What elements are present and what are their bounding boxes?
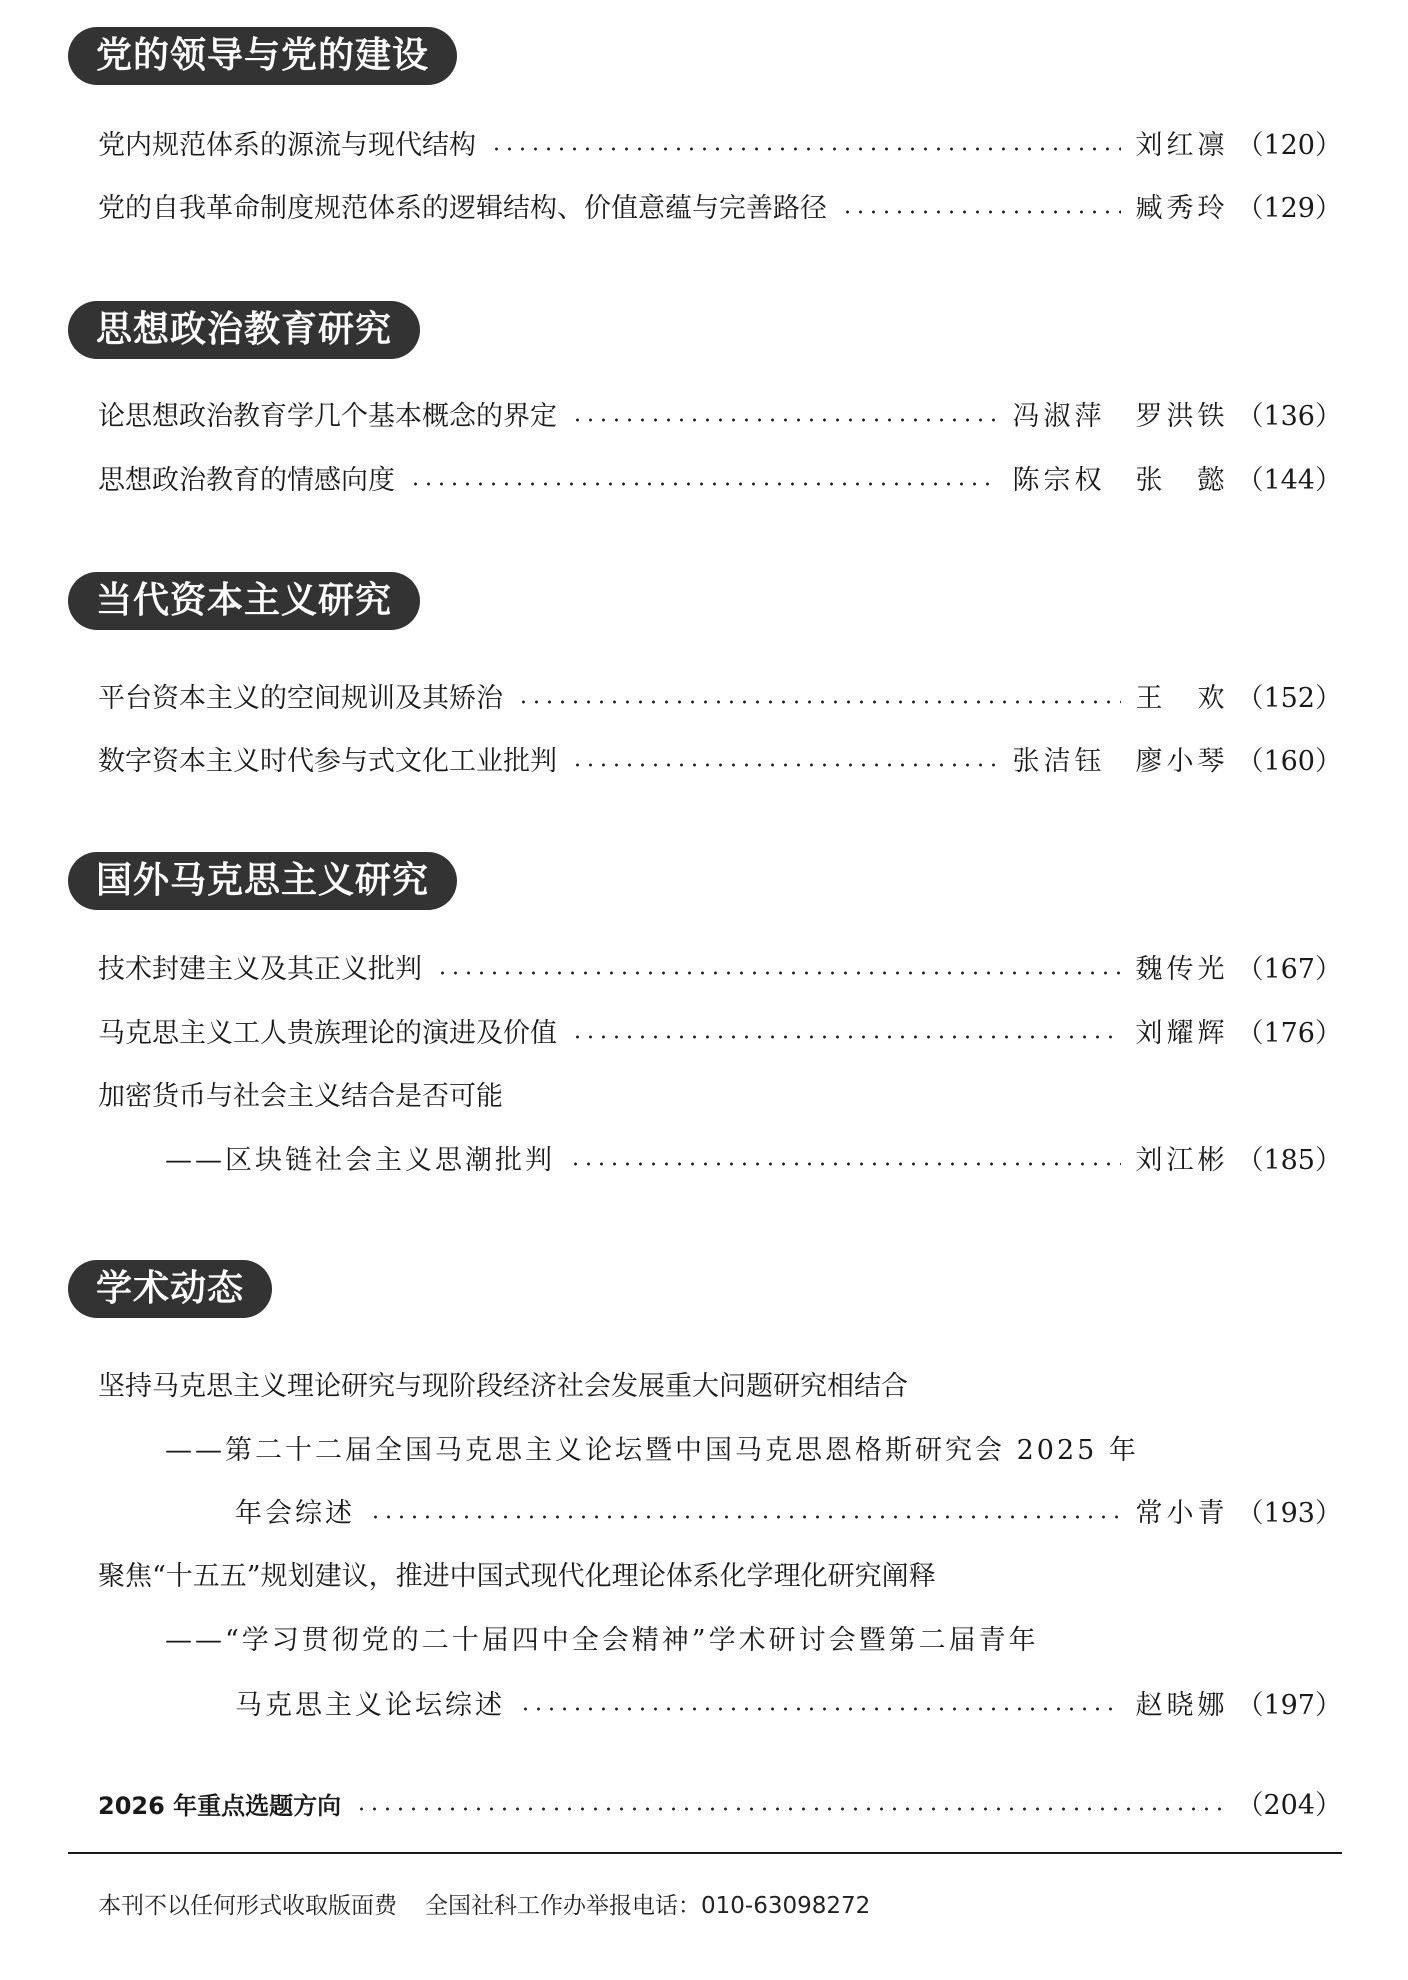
entry-authors: 冯淑萍罗洪铁: [1012, 397, 1228, 437]
entry-page: （160）: [1236, 742, 1342, 782]
toc-entry-subtitle-line[interactable]: ——“学习贯彻党的二十届四中全会精神”学术研讨会暨第二届青年: [165, 1621, 1342, 1661]
dot-leader: [355, 1807, 1222, 1811]
dot-leader: [571, 763, 998, 767]
entry-title: 思想政治教育的情感向度: [98, 461, 395, 501]
entry-page: （197）: [1236, 1686, 1342, 1726]
entry-page: （193）: [1236, 1494, 1342, 1534]
entry-authors: 陈宗权张 懿: [1012, 461, 1228, 501]
toc-entry[interactable]: 平台资本主义的空间规训及其矫治 王 欢 （152）: [98, 679, 1342, 719]
toc-entry[interactable]: 数字资本主义时代参与式文化工业批判 张洁钰廖小琴 （160）: [98, 742, 1342, 782]
fee-notice: 本刊不以任何形式收取版面费: [98, 1893, 397, 1919]
dot-leader: [517, 700, 1121, 704]
dot-leader: [409, 482, 998, 486]
entry-authors: 张洁钰廖小琴: [1012, 742, 1228, 782]
entry-page: （136）: [1236, 397, 1342, 437]
entry-subtitle: ——区块链社会主义思潮批判: [165, 1141, 555, 1181]
entry-subtitle: ——第二十二届全国马克思主义论坛暨中国马克思恩格斯研究会 2025 年: [165, 1431, 1139, 1471]
toc-entry-subtitle-line[interactable]: 马克思主义论坛综述 赵晓娜 （197）: [235, 1686, 1342, 1726]
entry-title: 党的自我革命制度规范体系的逻辑结构、价值意蕴与完善路径: [98, 189, 827, 229]
entry-title: 技术封建主义及其正义批判: [98, 950, 422, 990]
entry-page: （167）: [1236, 950, 1342, 990]
entry-page: （204）: [1236, 1786, 1342, 1826]
toc-entry[interactable]: 思想政治教育的情感向度 陈宗权张 懿 （144）: [98, 461, 1342, 501]
entry-subtitle: ——“学习贯彻党的二十届四中全会精神”学术研讨会暨第二届青年: [165, 1621, 1039, 1661]
entry-title: 聚焦“十五五”规划建议，推进中国式现代化理论体系化学理化研究阐释: [98, 1557, 936, 1597]
toc-entry[interactable]: 马克思主义工人贵族理论的演进及价值 刘耀辉 （176）: [98, 1014, 1342, 1054]
dot-leader: [841, 210, 1121, 214]
entry-title: 数字资本主义时代参与式文化工业批判: [98, 742, 557, 782]
entry-title: 坚持马克思主义理论研究与现阶段经济社会发展重大问题研究相结合: [98, 1367, 908, 1407]
entry-page: （144）: [1236, 461, 1342, 501]
section-heading-party-leadership: 党的领导与党的建设: [68, 27, 457, 85]
dot-leader: [369, 1515, 1121, 1519]
footer-divider: [68, 1852, 1342, 1854]
dot-leader: [490, 147, 1121, 151]
entry-authors: 王 欢: [1135, 679, 1228, 719]
toc-entry-title-line[interactable]: 聚焦“十五五”规划建议，推进中国式现代化理论体系化学理化研究阐释: [98, 1557, 1342, 1597]
dot-leader: [436, 971, 1121, 975]
toc-entry-topics-2026[interactable]: 2026 年重点选题方向 （204）: [98, 1786, 1342, 1826]
toc-entry-subtitle-line[interactable]: 年会综述 常小青 （193）: [235, 1494, 1342, 1534]
dot-leader: [519, 1707, 1121, 1711]
entry-authors: 刘耀辉: [1135, 1014, 1228, 1054]
report-hotline: 全国社科工作办举报电话：010-63098272: [425, 1893, 870, 1919]
entry-page: （129）: [1236, 189, 1342, 229]
entry-authors: 赵晓娜: [1135, 1686, 1228, 1726]
entry-title: 马克思主义工人贵族理论的演进及价值: [98, 1014, 557, 1054]
entry-page: （185）: [1236, 1141, 1342, 1181]
entry-authors: 臧秀玲: [1135, 189, 1228, 229]
entry-title: 2026 年重点选题方向: [98, 1786, 341, 1826]
toc-entry[interactable]: 技术封建主义及其正义批判 魏传光 （167）: [98, 950, 1342, 990]
entry-authors: 魏传光: [1135, 950, 1228, 990]
entry-page: （152）: [1236, 679, 1342, 719]
dot-leader: [571, 418, 998, 422]
toc-entry-subtitle-line[interactable]: ——区块链社会主义思潮批判 刘江彬 （185）: [165, 1141, 1342, 1181]
entry-subtitle: 年会综述: [235, 1494, 355, 1534]
entry-page: （176）: [1236, 1014, 1342, 1054]
toc-entry-title-line[interactable]: 加密货币与社会主义结合是否可能: [98, 1077, 1342, 1117]
section-heading-ideological-education: 思想政治教育研究: [68, 301, 420, 359]
toc-entry-title-line[interactable]: 坚持马克思主义理论研究与现阶段经济社会发展重大问题研究相结合: [98, 1367, 1342, 1407]
toc-entry-subtitle-line[interactable]: ——第二十二届全国马克思主义论坛暨中国马克思恩格斯研究会 2025 年: [165, 1431, 1342, 1471]
footer-notice: 本刊不以任何形式收取版面费全国社科工作办举报电话：010-63098272: [98, 1888, 870, 1924]
entry-authors: 刘红凛: [1135, 126, 1228, 166]
entry-subtitle: 马克思主义论坛综述: [235, 1686, 505, 1726]
section-heading-academic-news: 学术动态: [68, 1260, 272, 1318]
entry-title: 平台资本主义的空间规训及其矫治: [98, 679, 503, 719]
entry-title: 加密货币与社会主义结合是否可能: [98, 1077, 503, 1117]
section-heading-foreign-marxism: 国外马克思主义研究: [68, 852, 457, 910]
dot-leader: [569, 1162, 1121, 1166]
entry-authors: 刘江彬: [1135, 1141, 1228, 1181]
dot-leader: [571, 1035, 1121, 1039]
toc-entry[interactable]: 论思想政治教育学几个基本概念的界定 冯淑萍罗洪铁 （136）: [98, 397, 1342, 437]
toc-entry[interactable]: 党的自我革命制度规范体系的逻辑结构、价值意蕴与完善路径 臧秀玲 （129）: [98, 189, 1342, 229]
toc-entry[interactable]: 党内规范体系的源流与现代结构 刘红凛 （120）: [98, 126, 1342, 166]
entry-title: 论思想政治教育学几个基本概念的界定: [98, 397, 557, 437]
entry-authors: 常小青: [1135, 1494, 1228, 1534]
section-heading-contemporary-capitalism: 当代资本主义研究: [68, 572, 420, 630]
entry-page: （120）: [1236, 126, 1342, 166]
entry-title: 党内规范体系的源流与现代结构: [98, 126, 476, 166]
